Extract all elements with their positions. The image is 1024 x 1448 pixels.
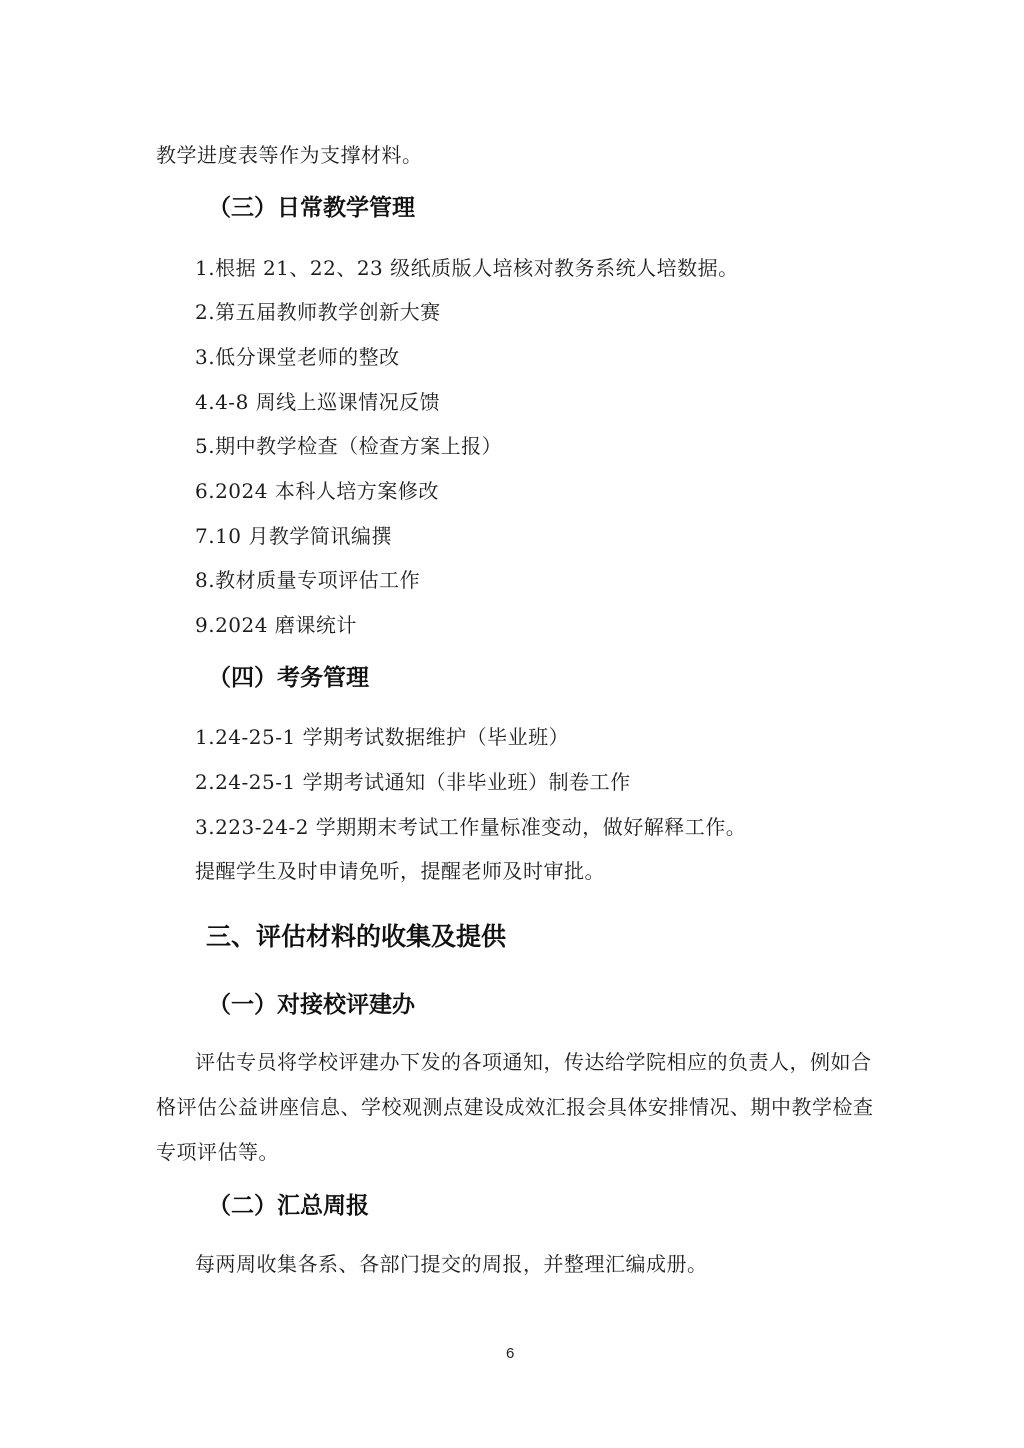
section-heading-daily-teaching: （三）日常教学管理 bbox=[208, 194, 415, 222]
list-item: 3.低分课堂老师的整改 bbox=[195, 345, 400, 369]
list-item: 4.4-8 周线上巡课情况反馈 bbox=[195, 390, 440, 414]
list-item: 1.根据 21、22、23 级纸质版人培核对教务系统人培数据。 bbox=[195, 256, 739, 280]
list-item: 8.教材质量专项评估工作 bbox=[195, 568, 420, 592]
paragraph-line: 专项评估等。 bbox=[156, 1140, 279, 1164]
list-item: 7.10 月教学简讯编撰 bbox=[195, 524, 392, 548]
list-item: 2.24-25-1 学期考试通知（非毕业班）制卷工作 bbox=[195, 770, 631, 794]
document-page: 教学进度表等作为支撑材料。 （三）日常教学管理 1.根据 21、22、23 级纸… bbox=[0, 0, 1024, 1448]
section-heading-weekly-reports: （二）汇总周报 bbox=[208, 1192, 369, 1220]
continuation-text: 教学进度表等作为支撑材料。 bbox=[156, 143, 423, 167]
paragraph-line: 评估专员将学校评建办下发的各项通知，传达给学院相应的负责人，例如合 bbox=[195, 1050, 872, 1074]
list-item: 9.2024 磨课统计 bbox=[195, 613, 357, 637]
page-number: 6 bbox=[506, 1345, 514, 1362]
list-item: 2.第五届教师教学创新大赛 bbox=[195, 300, 441, 324]
paragraph-line: 每两周收集各系、各部门提交的周报，并整理汇编成册。 bbox=[195, 1252, 708, 1276]
list-item: 5.期中教学检查（检查方案上报） bbox=[195, 434, 502, 458]
chapter-heading-evaluation-materials: 三、评估材料的收集及提供 bbox=[206, 922, 506, 952]
list-item: 6.2024 本科人培方案修改 bbox=[195, 479, 439, 503]
list-item: 1.24-25-1 学期考试数据维护（毕业班） bbox=[195, 725, 569, 749]
section-heading-exam-affairs: （四）考务管理 bbox=[208, 664, 369, 692]
paragraph-line: 格评估公益讲座信息、学校观测点建设成效汇报会具体安排情况、期中教学检查 bbox=[156, 1095, 874, 1119]
paragraph-text: 提醒学生及时申请免听，提醒老师及时审批。 bbox=[195, 859, 605, 883]
section-heading-liaison-office: （一）对接校评建办 bbox=[208, 991, 415, 1019]
list-item: 3.223-24-2 学期期末考试工作量标准变动，做好解释工作。 bbox=[195, 815, 746, 839]
